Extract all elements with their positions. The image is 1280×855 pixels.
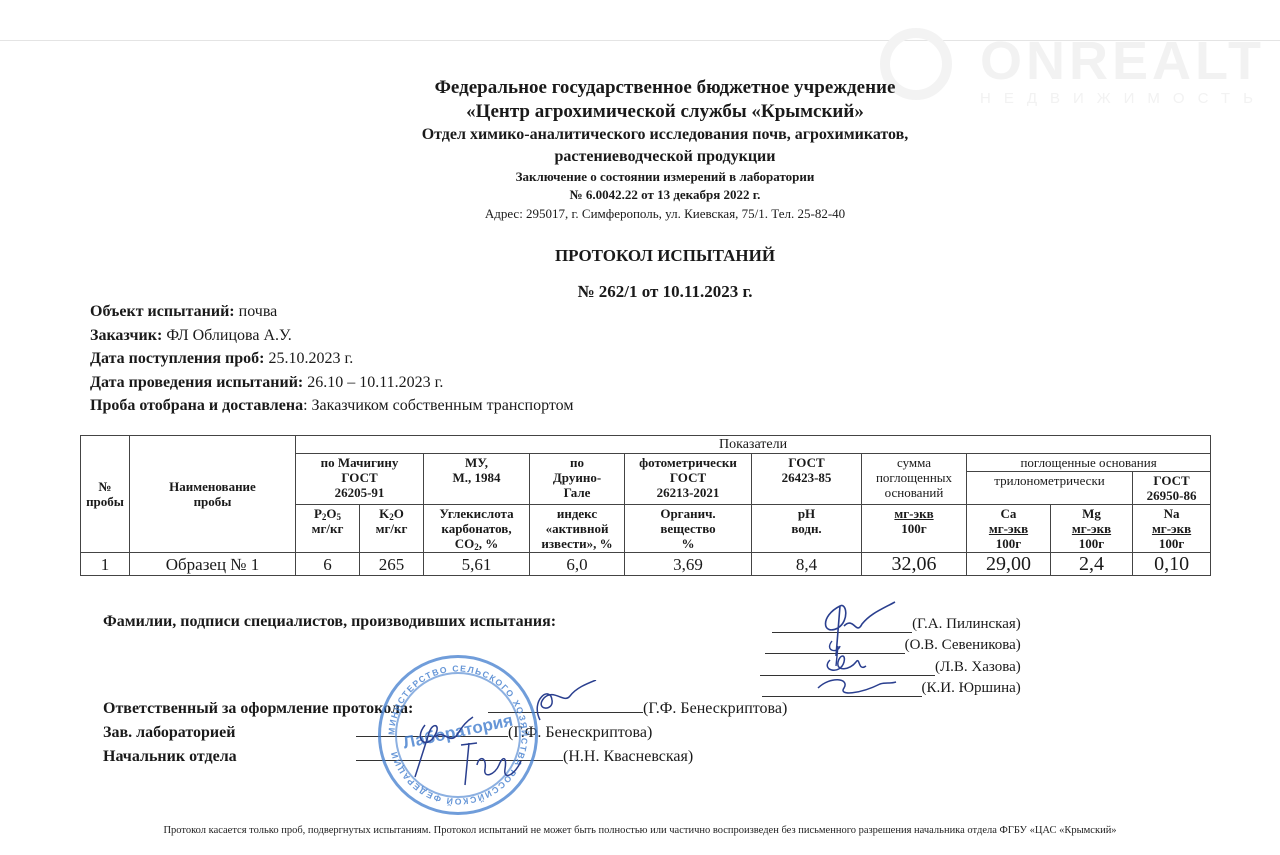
signature-line bbox=[765, 639, 905, 654]
info-label: Дата поступления проб: bbox=[90, 350, 264, 367]
param-mg: Mgмг-экв100г bbox=[1051, 505, 1133, 553]
param-k2o: K2Oмг/кг bbox=[360, 505, 424, 553]
specialist-name: (К.И. Юршина) bbox=[922, 680, 1021, 697]
specialist-name: (Г.А. Пилинская) bbox=[912, 616, 1021, 633]
specialist-line: (Г.А. Пилинская) bbox=[760, 611, 1021, 633]
info-value: 26.10 – 10.11.2023 г. bbox=[303, 374, 443, 391]
cell-ca: 29,00 bbox=[967, 553, 1051, 576]
specialist-line: (О.В. Севеникова) bbox=[760, 633, 1021, 655]
header-sample-name: Наименованиепробы bbox=[130, 436, 296, 553]
org-name-line2: «Центр агрохимической службы «Крымский» bbox=[300, 100, 1030, 124]
specialists-list: (Г.А. Пилинская) (О.В. Севеникова) (Л.В.… bbox=[760, 611, 1021, 697]
responsible-label: Ответственный за оформление протокола: bbox=[103, 700, 488, 718]
document-header: Федеральное государственное бюджетное уч… bbox=[300, 76, 1030, 224]
param-na: Naмг-экв100г bbox=[1133, 505, 1211, 553]
department-line1: Отдел химико-аналитического исследования… bbox=[300, 124, 1030, 146]
test-info: Объект испытаний: почва Заказчик: ФЛ Обл… bbox=[90, 300, 573, 418]
department-line2: растениеводческой продукции bbox=[300, 146, 1030, 168]
info-row-object: Объект испытаний: почва bbox=[90, 300, 573, 324]
protocol-number: № 262/1 от 10.11.2023 г. bbox=[0, 282, 1280, 302]
specialists-heading: Фамилии, подписи специалистов, производи… bbox=[103, 613, 556, 631]
table-row: 1 Образец № 1 6 265 5,61 6,0 3,69 8,4 32… bbox=[81, 553, 1211, 576]
info-label: Дата проведения испытаний: bbox=[90, 374, 303, 391]
cell-p2o5: 6 bbox=[296, 553, 360, 576]
header-indicators: Показатели bbox=[296, 436, 1211, 454]
signature-line bbox=[356, 746, 563, 761]
cell-na: 0,10 bbox=[1133, 553, 1211, 576]
scan-edge-line bbox=[0, 40, 1280, 41]
specialist-line: (Л.В. Хазова) bbox=[760, 654, 1021, 676]
param-co2: Углекислотакарбонатов,CO2, % bbox=[424, 505, 530, 553]
address: Адрес: 295017, г. Симферополь, ул. Киевс… bbox=[300, 204, 1030, 224]
signature-line bbox=[772, 618, 912, 633]
org-name-line1: Федеральное государственное бюджетное уч… bbox=[300, 76, 1030, 100]
signature-line bbox=[760, 661, 935, 676]
cell-no: 1 bbox=[81, 553, 130, 576]
method-mu: МУ,М., 1984 bbox=[424, 454, 530, 505]
cell-co2: 5,61 bbox=[424, 553, 530, 576]
dept-head-label: Начальник отдела bbox=[103, 748, 356, 766]
info-value: почва bbox=[235, 303, 278, 320]
specialist-name: (О.В. Севеникова) bbox=[905, 637, 1021, 654]
param-sum-unit: мг-экв100г bbox=[862, 505, 967, 553]
info-value: : Заказчиком собственным транспортом bbox=[303, 397, 573, 414]
info-label: Объект испытаний: bbox=[90, 303, 235, 320]
cell-mg: 2,4 bbox=[1051, 553, 1133, 576]
cell-ph: 8,4 bbox=[752, 553, 862, 576]
footer-disclaimer: Протокол касается только проб, подвергну… bbox=[0, 825, 1280, 836]
param-p2o5: P2O5мг/кг bbox=[296, 505, 360, 553]
dept-head-row: Начальник отдела(Н.Н. Квасневская) bbox=[103, 746, 693, 766]
responsible-name: (Г.Ф. Бенескриптова) bbox=[643, 700, 787, 717]
cell-k2o: 265 bbox=[360, 553, 424, 576]
param-lime: индекс«активнойизвести», % bbox=[530, 505, 625, 553]
info-row-customer: Заказчик: ФЛ Облицова А.У. bbox=[90, 324, 573, 348]
header-sample-number: №пробы bbox=[81, 436, 130, 553]
method-photometric: фотометрическиГОСТ26213-2021 bbox=[625, 454, 752, 505]
info-label: Проба отобрана и доставлена bbox=[90, 397, 303, 414]
conclusion-line1: Заключение о состоянии измерений в лабор… bbox=[300, 168, 1030, 186]
signature-line bbox=[488, 698, 643, 713]
lab-head-row: Зав. лабораторией(Г.Ф. Бенескриптова) bbox=[103, 722, 652, 742]
method-machigin: по МачигинуГОСТ26205-91 bbox=[296, 454, 424, 505]
method-trilon: трилонометрически bbox=[967, 472, 1133, 505]
signature-line bbox=[762, 682, 922, 697]
dept-head-name: (Н.Н. Квасневская) bbox=[563, 748, 693, 765]
protocol-title: ПРОТОКОЛ ИСПЫТАНИЙ bbox=[0, 246, 1280, 266]
info-value: ФЛ Облицова А.У. bbox=[162, 327, 291, 344]
conclusion-line2: № 6.0042.22 от 13 декабря 2022 г. bbox=[300, 186, 1030, 204]
lab-head-label: Зав. лабораторией bbox=[103, 724, 356, 742]
method-gost-na: ГОСТ26950-86 bbox=[1133, 472, 1211, 505]
lab-head-name: (Г.Ф. Бенескриптова) bbox=[508, 724, 652, 741]
cell-name: Образец № 1 bbox=[130, 553, 296, 576]
specialist-line: (К.И. Юршина) bbox=[760, 676, 1021, 698]
info-row-sampling: Проба отобрана и доставлена: Заказчиком … bbox=[90, 394, 573, 418]
responsible-row: Ответственный за оформление протокола:(Г… bbox=[103, 698, 787, 718]
method-sum: суммапоглощенныхоснований bbox=[862, 454, 967, 505]
info-row-received-date: Дата поступления проб: 25.10.2023 г. bbox=[90, 347, 573, 371]
cell-sum: 32,06 bbox=[862, 553, 967, 576]
info-value: 25.10.2023 г. bbox=[264, 350, 353, 367]
info-label: Заказчик: bbox=[90, 327, 162, 344]
param-ph: pHводн. bbox=[752, 505, 862, 553]
cell-organic: 3,69 bbox=[625, 553, 752, 576]
specialist-name: (Л.В. Хазова) bbox=[935, 659, 1021, 676]
param-ca: Caмг-экв100г bbox=[967, 505, 1051, 553]
signature-line bbox=[356, 722, 508, 737]
info-row-test-dates: Дата проведения испытаний: 26.10 – 10.11… bbox=[90, 371, 573, 395]
results-table: №пробы Наименованиепробы Показатели по М… bbox=[80, 435, 1211, 576]
method-druino: поДруино-Гале bbox=[530, 454, 625, 505]
cell-lime: 6,0 bbox=[530, 553, 625, 576]
param-organic: Органич.вещество% bbox=[625, 505, 752, 553]
method-absorbed: поглощенные основания bbox=[967, 454, 1211, 472]
method-gost-ph: ГОСТ26423-85 bbox=[752, 454, 862, 505]
